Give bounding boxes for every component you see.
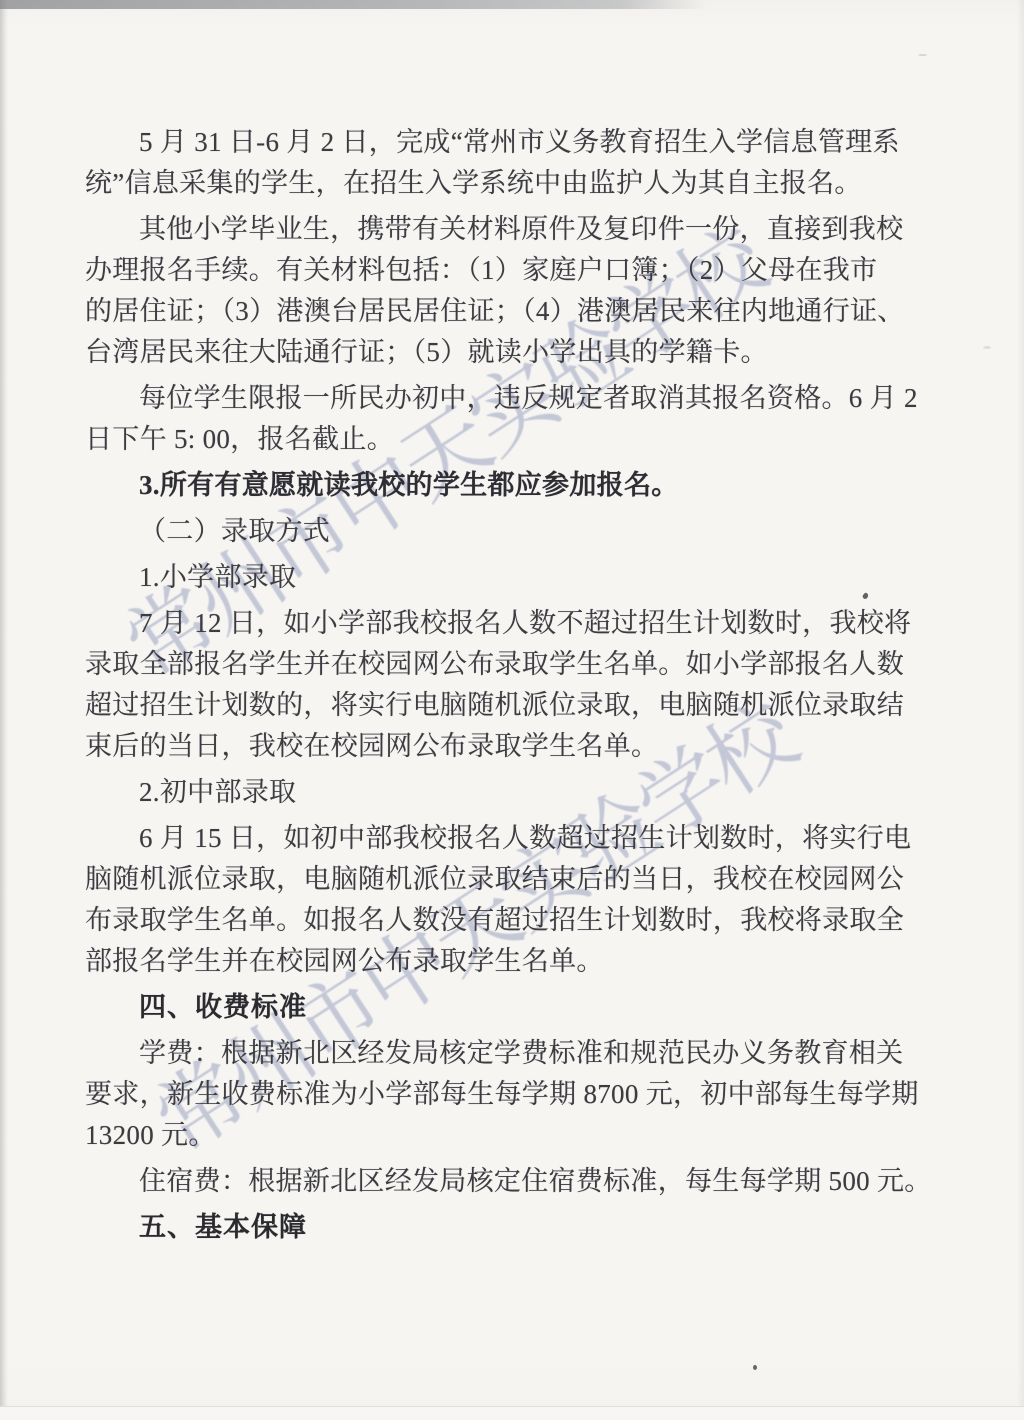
scan-speck xyxy=(753,1365,757,1370)
document-line: 台湾居民来往大陆通行证；（5）就读小学出具的学籍卡。 xyxy=(85,332,964,373)
section-heading-fees: 四、收费标准 xyxy=(85,987,964,1028)
scan-speck xyxy=(918,54,927,56)
document-line: （二）录取方式 xyxy=(85,511,964,552)
document-line: 每位学生限报一所民办初中，违反规定者取消其报名资格。6 月 2 xyxy=(85,378,964,419)
document-body: 5 月 31 日-6 月 2 日，完成“常州市义务教育招生入学信息管理系 统”信… xyxy=(85,122,964,1248)
scan-edge-left xyxy=(0,0,8,1420)
document-line: 统”信息采集的学生，在招生入学系统中由监护人为其自主报名。 xyxy=(85,163,964,204)
document-line: 布录取学生名单。如报名人数没有超过招生计划数时，我校将录取全 xyxy=(85,900,964,941)
document-line: 2.初中部录取 xyxy=(85,772,964,813)
document-line: 住宿费：根据新北区经发局核定住宿费标准，每生每学期 500 元。 xyxy=(85,1161,964,1202)
document-line: 其他小学毕业生，携带有关材料原件及复印件一份，直接到我校 xyxy=(85,209,964,250)
document-line: 学费：根据新北区经发局核定学费标准和规范民办义务教育相关 xyxy=(85,1033,964,1074)
scan-edge-bottom xyxy=(0,1406,1024,1420)
document-line: 5 月 31 日-6 月 2 日，完成“常州市义务教育招生入学信息管理系 xyxy=(85,122,964,163)
document-line: 部报名学生并在校园网公布录取学生名单。 xyxy=(85,941,964,982)
section-heading-guarantee: 五、基本保障 xyxy=(85,1207,964,1248)
scan-speck xyxy=(983,346,991,349)
document-line: 1.小学部录取 xyxy=(85,557,964,598)
document-line: 要求，新生收费标准为小学部每生每学期 8700 元，初中部每生每学期 xyxy=(85,1074,964,1115)
document-line: 3.所有有意愿就读我校的学生都应参加报名。 xyxy=(85,465,964,506)
document-line: 超过招生计划数的，将实行电脑随机派位录取，电脑随机派位录取结 xyxy=(85,685,964,726)
document-line: 办理报名手续。有关材料包括：（1）家庭户口簿；（2）父母在我市 xyxy=(85,250,964,291)
scan-edge-top xyxy=(0,0,706,9)
scan-edge-right xyxy=(1017,0,1024,1420)
document-line: 6 月 15 日，如初中部我校报名人数超过招生计划数时，将实行电 xyxy=(85,818,964,859)
document-line: 日下午 5: 00，报名截止。 xyxy=(85,419,964,460)
document-line: 束后的当日，我校在校园网公布录取学生名单。 xyxy=(85,726,964,767)
scanned-page: 常州市中天实验学校 常州市中天实验学校 5 月 31 日-6 月 2 日，完成“… xyxy=(0,0,1024,1420)
document-line: 13200 元。 xyxy=(85,1115,964,1156)
document-line: 7 月 12 日，如小学部我校报名人数不超过招生计划数时，我校将 xyxy=(85,603,964,644)
document-line: 录取全部报名学生并在校园网公布录取学生名单。如小学部报名人数 xyxy=(85,644,964,685)
document-line: 脑随机派位录取，电脑随机派位录取结束后的当日，我校在校园网公 xyxy=(85,859,964,900)
document-line: 的居住证；（3）港澳台居民居住证；（4）港澳居民来往内地通行证、 xyxy=(85,291,964,332)
